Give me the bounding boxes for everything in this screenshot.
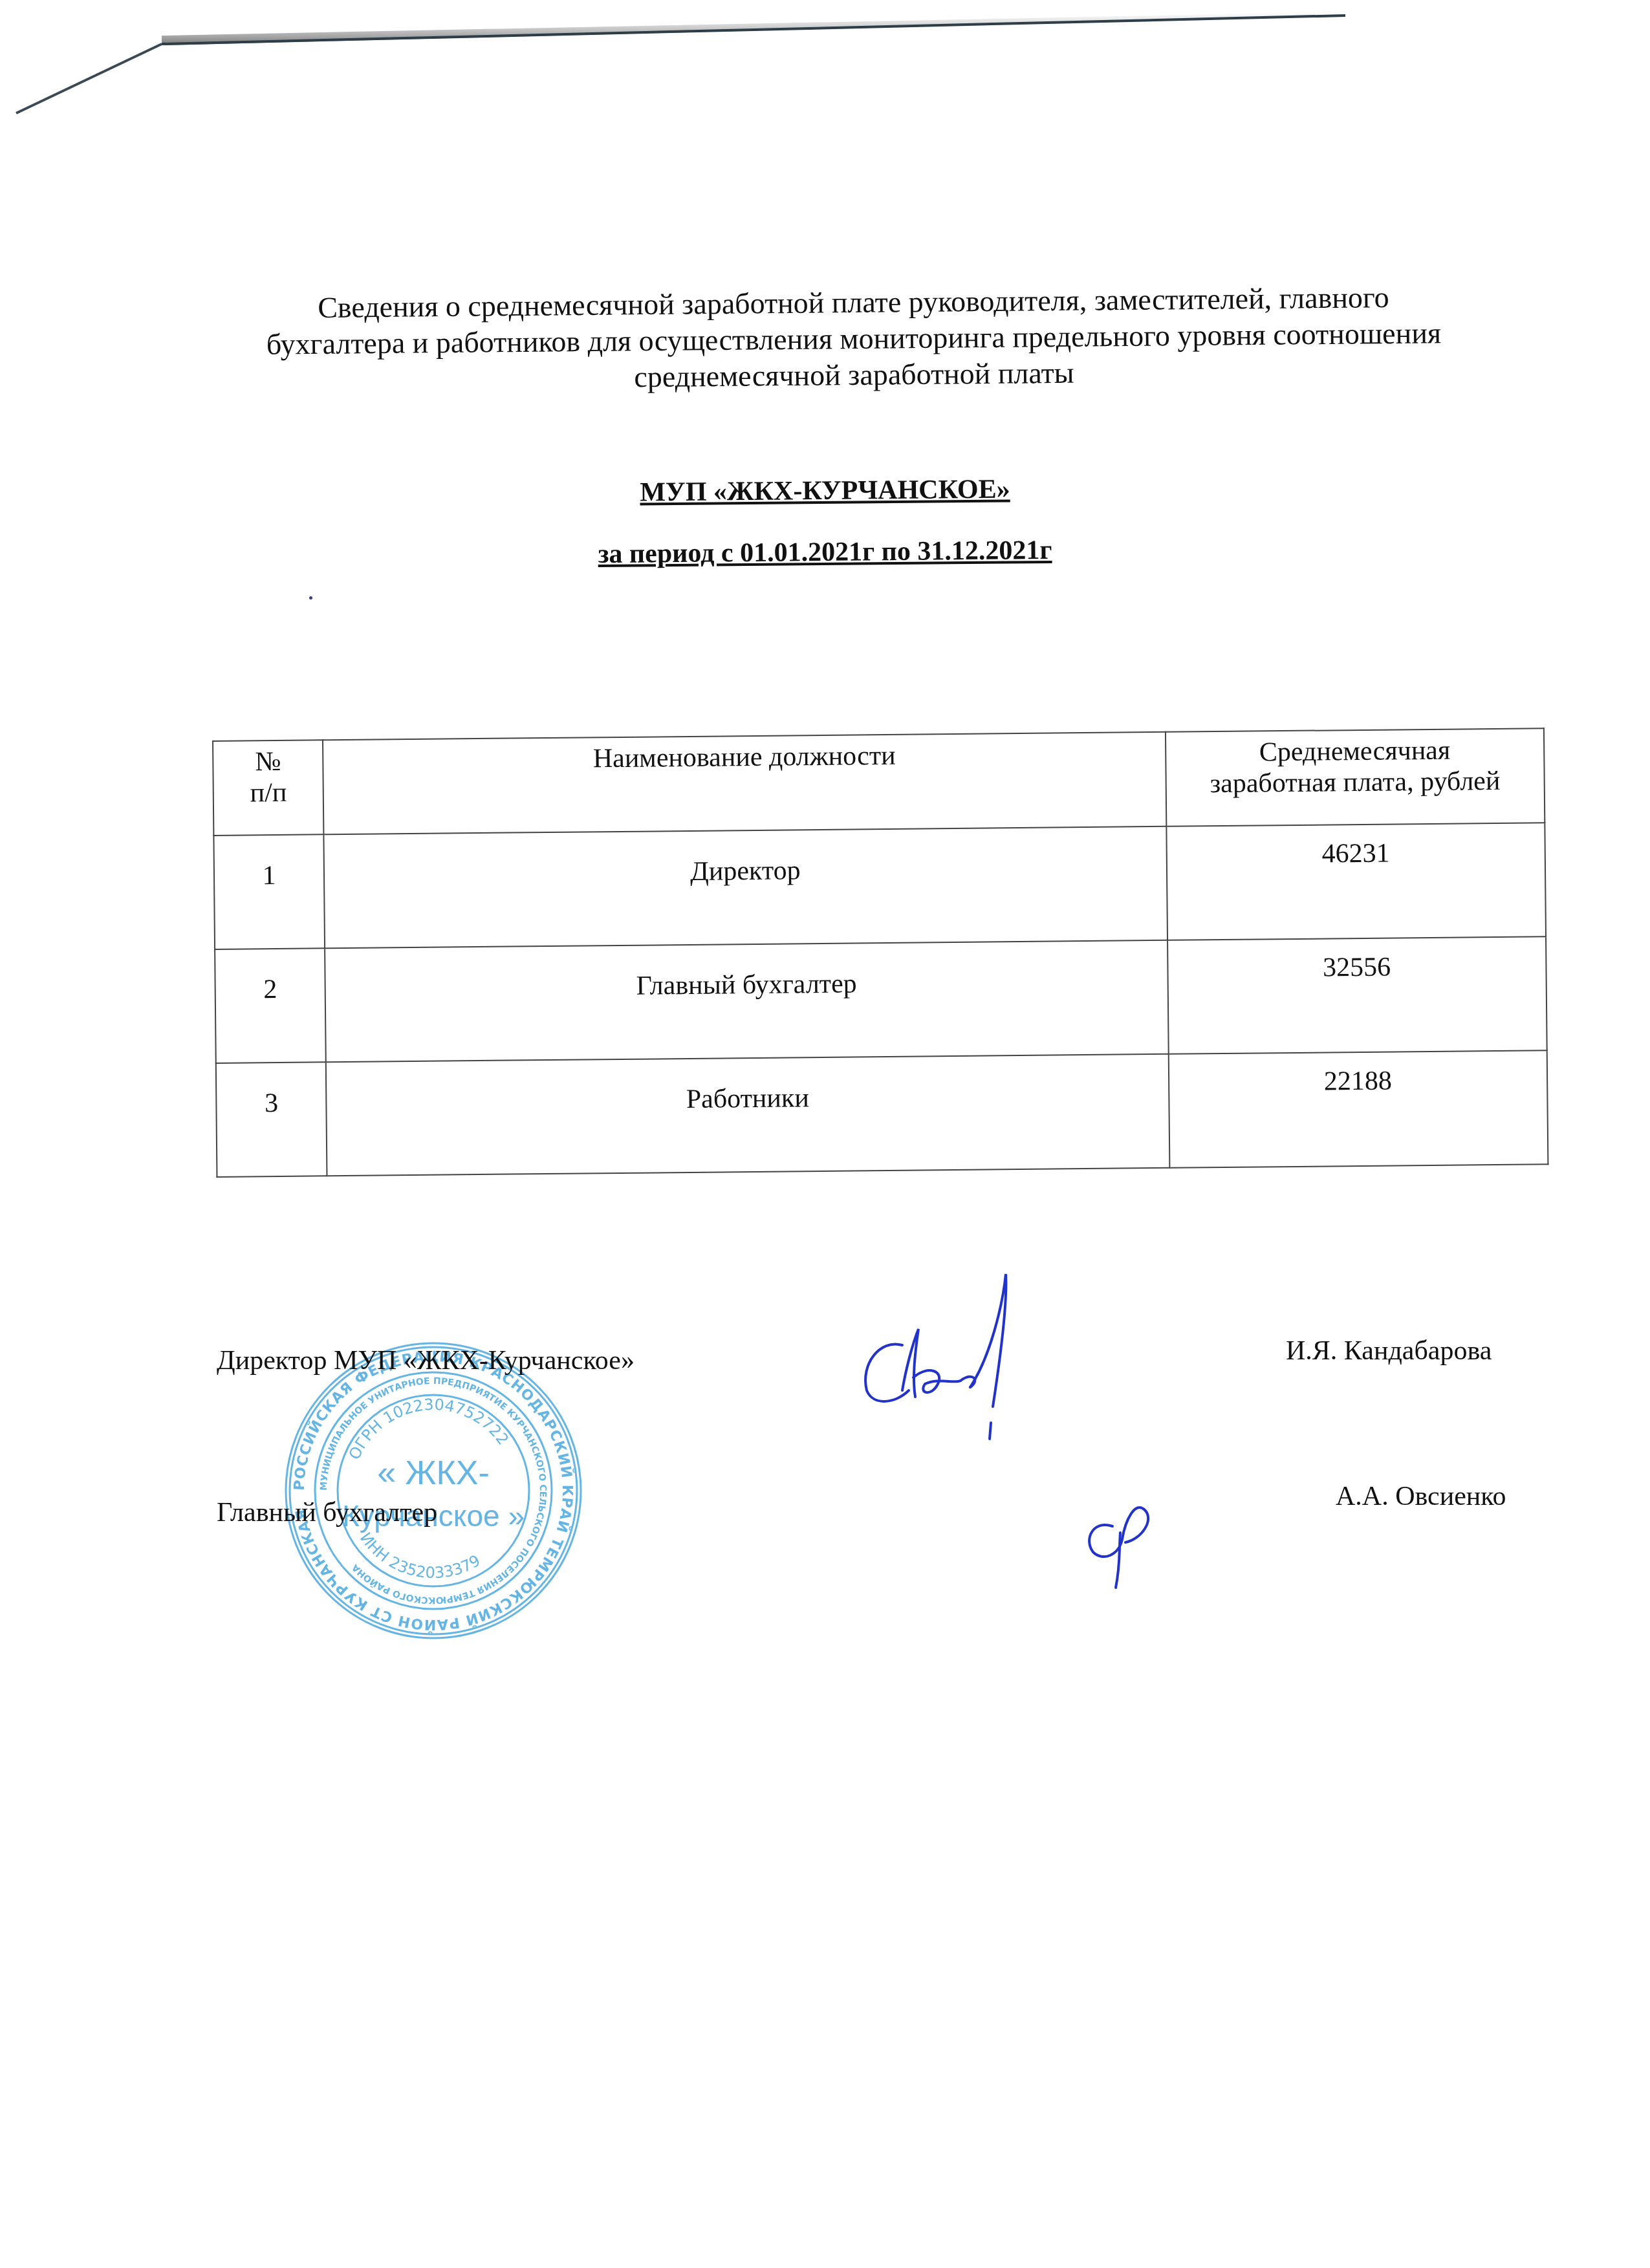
accountant-signature [1074, 1455, 1171, 1604]
header-position: Наименование должности [323, 732, 1166, 834]
organization-stamp: РОССИЙСКАЯ ФЕДЕРАЦИЯ КРАСНОДАРСКИЙ КРАЙ … [281, 1339, 585, 1643]
row-num: 3 [216, 1062, 327, 1177]
accountant-title: Главный бухгалтер [217, 1497, 437, 1528]
director-name: И.Я. Кандабарова [1286, 1335, 1492, 1366]
row-salary: 22188 [1168, 1050, 1548, 1168]
table-row: 1 Директор 46231 [213, 823, 1546, 949]
row-num: 2 [215, 948, 326, 1063]
salary-table: № п/п Наименование должности Среднемесяч… [212, 728, 1548, 1178]
row-salary: 46231 [1166, 823, 1546, 940]
row-position: Работники [326, 1054, 1169, 1176]
scan-dot [309, 596, 312, 599]
director-title: Директор МУП «ЖКХ-Курчанское» [217, 1345, 635, 1376]
reporting-period: за период с 01.01.2021г по 31.12.2021г [0, 530, 1650, 575]
scan-edge-shadow [0, 0, 1650, 168]
row-position: Директор [324, 826, 1167, 948]
svg-text:ИНН 2352033379: ИНН 2352033379 [356, 1529, 484, 1582]
director-signature [841, 1268, 1132, 1462]
row-salary: 32556 [1167, 936, 1547, 1054]
document-title: Сведения о среднемесячной заработной пла… [213, 279, 1495, 400]
table-header-row: № п/п Наименование должности Среднемесяч… [213, 728, 1545, 836]
header-num: № п/п [213, 740, 324, 836]
table-row: 3 Работники 22188 [216, 1050, 1548, 1177]
stamp-center-1: « ЖКХ- [377, 1454, 490, 1492]
row-num: 1 [213, 834, 325, 949]
table-row: 2 Главный бухгалтер 32556 [215, 936, 1547, 1063]
stamp-inn: ИНН 2352033379 [356, 1529, 484, 1582]
row-position: Главный бухгалтер [325, 940, 1168, 1062]
organization-name: МУП «ЖКХ-КУРЧАНСКОЕ» [0, 468, 1650, 513]
header-salary: Среднемесячная заработная плата, рублей [1165, 728, 1545, 826]
accountant-name: А.А. Овсиенко [1336, 1481, 1506, 1512]
